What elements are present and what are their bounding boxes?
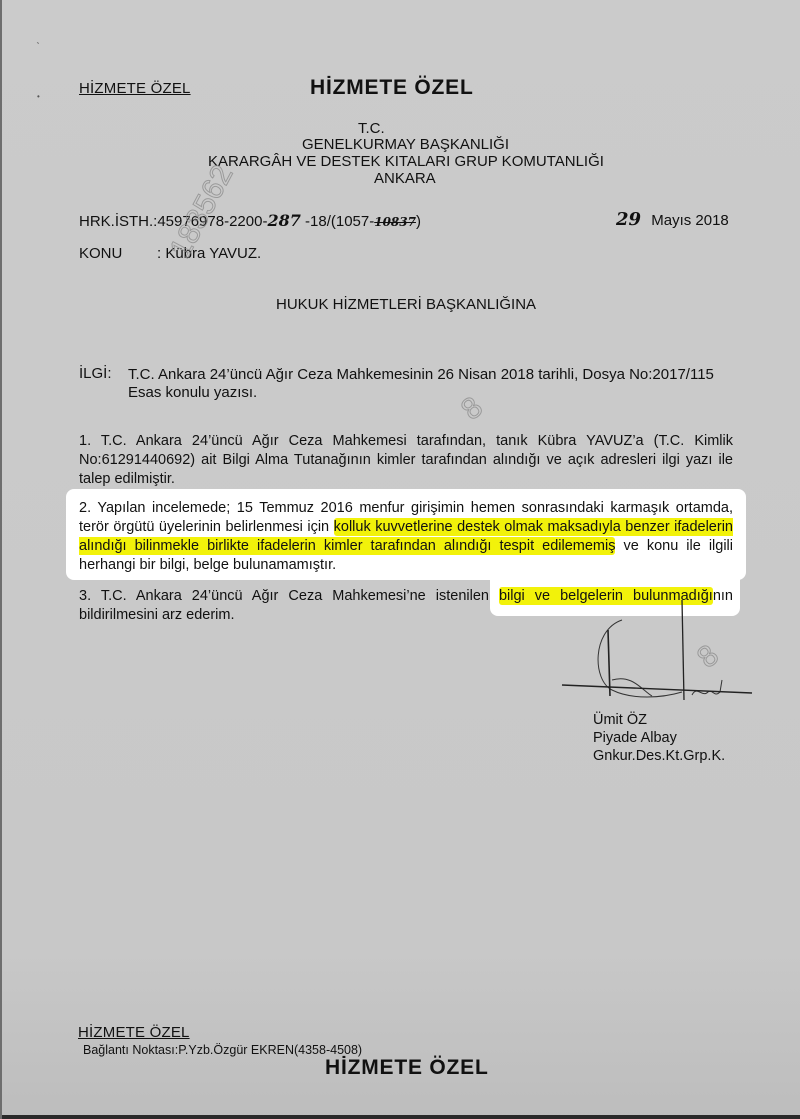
paragraph-1: 1. T.C. Ankara 24’üncü Ağır Ceza Mahkeme…: [79, 432, 733, 489]
addressee: HUKUK HİZMETLERİ BAŞKANLIĞINA: [276, 296, 536, 313]
header-command: KARARGÂH VE DESTEK KITALARI GRUP KOMUTAN…: [208, 153, 604, 170]
header-tc: T.C.: [358, 120, 385, 137]
reference-handwritten-number: 287: [267, 211, 300, 230]
date-day-handwritten: 29: [616, 209, 641, 230]
reference-middle: -18/(1057-: [301, 213, 374, 230]
classification-top-center: HİZMETE ÖZEL: [310, 76, 474, 100]
classification-bottom-left: HİZMETE ÖZEL: [78, 1024, 190, 1041]
scan-mark: ˋ: [36, 40, 40, 54]
ilgi-line1: T.C. Ankara 24’üncü Ağır Ceza Mahkemesin…: [128, 365, 714, 384]
paragraph-2: 2. Yapılan incelemede; 15 Temmuz 2016 me…: [79, 499, 733, 575]
document-page: ˋ • HİZMETE ÖZEL HİZMETE ÖZEL T.C. GENEL…: [0, 0, 800, 1119]
signatory-unit: Gnkur.Des.Kt.Grp.K.: [593, 747, 725, 765]
signature-scribble: [572, 600, 772, 710]
header-city: ANKARA: [374, 170, 436, 187]
scan-bottom-edge: [2, 1115, 800, 1119]
signatory-name: Ümit ÖZ: [593, 711, 647, 729]
document-date: 29 Mayıs 2018: [616, 209, 729, 230]
stamp-digit-mark: 8: [455, 391, 490, 428]
classification-bottom-center: HİZMETE ÖZEL: [325, 1056, 489, 1080]
reference-suffix: ): [416, 213, 421, 230]
ilgi-line2: Esas konulu yazısı.: [128, 383, 257, 402]
subject-label: KONU: [79, 245, 122, 262]
ilgi-label: İLGİ:: [79, 365, 112, 382]
signatory-rank: Piyade Albay: [593, 729, 677, 747]
paragraph-3-text: 3. T.C. Ankara 24’üncü Ağır Ceza Mahkeme…: [79, 588, 499, 604]
contact-point: Bağlantı Noktası:P.Yzb.Özgür EKREN(4358-…: [83, 1043, 362, 1057]
reference-number: HRK.İSTH.:45976978-2200-287 -18/(1057-10…: [79, 211, 421, 232]
date-month-year: Mayıs 2018: [651, 212, 729, 229]
classification-top-left: HİZMETE ÖZEL: [79, 80, 191, 97]
scan-mark: •: [37, 92, 40, 101]
reference-struck-number: 10837: [374, 215, 416, 229]
header-general-staff: GENELKURMAY BAŞKANLIĞI: [302, 136, 509, 153]
